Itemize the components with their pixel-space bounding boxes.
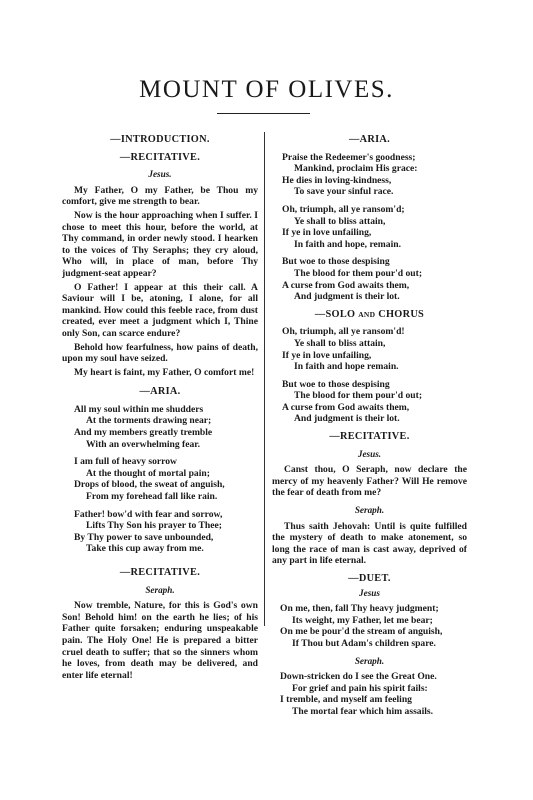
verse-line: Father! bow'd with fear and sorrow, bbox=[74, 509, 258, 521]
verse-line: But woe to those despising bbox=[282, 256, 467, 268]
page-title: MOUNT OF OLIVES. bbox=[0, 76, 533, 104]
left-column: —INTRODUCTION. —RECITATIVE. Jesus. My Fa… bbox=[62, 134, 258, 683]
speaker-label: Jesus. bbox=[272, 449, 467, 461]
verse-line: The mortal fear which him assails. bbox=[280, 706, 467, 718]
verse-line: If ye in love unfailing, bbox=[282, 350, 467, 362]
recitative-paragraph: Canst thou, O Seraph, now declare the me… bbox=[272, 464, 467, 499]
verse-line: By Thy power to save unbounded, bbox=[74, 532, 258, 544]
verse-line: And judgment is their lot. bbox=[282, 291, 467, 303]
verse-line: On me be pour'd the stream of anguish, bbox=[280, 626, 467, 638]
verse-line: At the thought of mortal pain; bbox=[74, 468, 258, 480]
verse-line: In faith and hope remain. bbox=[282, 361, 467, 373]
verse-line: Oh, triumph, all ye ransom'd! bbox=[282, 326, 467, 338]
recitative-paragraph: Thus saith Jehovah: Until is quite fulfi… bbox=[272, 521, 467, 567]
verse-stanza: I am full of heavy sorrow At the thought… bbox=[62, 456, 258, 502]
verse-stanza: Praise the Redeemer's goodness; Mankind,… bbox=[272, 152, 467, 198]
verse-stanza: Father! bow'd with fear and sorrow, Lift… bbox=[62, 509, 258, 555]
verse-line: And judgment is their lot. bbox=[282, 413, 467, 425]
verse-stanza: Down-stricken do I see the Great One. Fo… bbox=[272, 671, 467, 717]
verse-line: From my forehead fall like rain. bbox=[74, 491, 258, 503]
section-heading-aria: —ARIA. bbox=[272, 134, 467, 146]
title-rule bbox=[217, 113, 310, 114]
verse-line: He dies in loving-kindness, bbox=[282, 175, 467, 187]
section-heading-duet: —DUET. bbox=[272, 573, 467, 585]
verse-line: In faith and hope, remain. bbox=[282, 239, 467, 251]
verse-line: All my soul within me shudders bbox=[74, 404, 258, 416]
verse-line: Take this cup away from me. bbox=[74, 543, 258, 555]
speaker-label: Jesus. bbox=[62, 169, 258, 181]
verse-line: A curse from God awaits them, bbox=[282, 280, 467, 292]
recitative-paragraph: Now tremble, Nature, for this is God's o… bbox=[62, 600, 258, 681]
section-heading-solo-chorus: —SOLO AND CHORUS bbox=[272, 309, 467, 321]
verse-line: Mankind, proclaim His grace: bbox=[282, 163, 467, 175]
recitative-paragraph: Now is the hour approaching when I suffe… bbox=[62, 210, 258, 280]
verse-line: To save your sinful race. bbox=[282, 186, 467, 198]
heading-part: CHORUS bbox=[378, 309, 424, 320]
verse-stanza: On me, then, fall Thy heavy judgment; It… bbox=[272, 603, 467, 649]
verse-line: The blood for them pour'd out; bbox=[282, 268, 467, 280]
section-heading-recitative: —RECITATIVE. bbox=[272, 431, 467, 443]
verse-line: Ye shall to bliss attain, bbox=[282, 338, 467, 350]
heading-part: —SOLO bbox=[315, 309, 355, 320]
verse-stanza: All my soul within me shudders At the to… bbox=[62, 404, 258, 450]
section-heading-recitative: —RECITATIVE. bbox=[62, 152, 258, 164]
heading-part: AND bbox=[358, 310, 375, 319]
verse-line: A curse from God awaits them, bbox=[282, 402, 467, 414]
recitative-paragraph: My Father, O my Father, be Thou my comfo… bbox=[62, 185, 258, 208]
verse-line: For grief and pain his spirit fails: bbox=[280, 683, 467, 695]
speaker-label: Jesus bbox=[272, 588, 467, 600]
verse-line: Lifts Thy Son his prayer to Thee; bbox=[74, 520, 258, 532]
verse-line: Its weight, my Father, let me bear; bbox=[280, 615, 467, 627]
verse-line: On me, then, fall Thy heavy judgment; bbox=[280, 603, 467, 615]
recitative-paragraph: Behold how fearfulness, how pains of dea… bbox=[62, 342, 258, 365]
speaker-label: Seraph. bbox=[62, 585, 258, 597]
verse-line: If Thou but Adam's children spare. bbox=[280, 638, 467, 650]
verse-line: With an overwhelming fear. bbox=[74, 439, 258, 451]
verse-line: At the torments drawing near; bbox=[74, 415, 258, 427]
verse-line: The blood for them pour'd out; bbox=[282, 390, 467, 402]
verse-stanza: But woe to those despising The blood for… bbox=[272, 256, 467, 302]
section-heading-recitative: —RECITATIVE. bbox=[62, 567, 258, 579]
verse-line: Ye shall to bliss attain, bbox=[282, 216, 467, 228]
verse-line: Oh, triumph, all ye ransom'd; bbox=[282, 204, 467, 216]
right-column: —ARIA. Praise the Redeemer's goodness; M… bbox=[272, 134, 467, 724]
column-divider bbox=[264, 132, 265, 626]
verse-line: Praise the Redeemer's goodness; bbox=[282, 152, 467, 164]
verse-line: Down-stricken do I see the Great One. bbox=[280, 671, 467, 683]
speaker-label: Seraph. bbox=[272, 505, 467, 517]
verse-stanza: But woe to those despising The blood for… bbox=[272, 379, 467, 425]
recitative-paragraph: My heart is faint, my Father, O comfort … bbox=[62, 367, 258, 379]
speaker-label: Seraph. bbox=[272, 656, 467, 668]
verse-line: I am full of heavy sorrow bbox=[74, 456, 258, 468]
verse-stanza: Oh, triumph, all ye ransom'd; Ye shall t… bbox=[272, 204, 467, 250]
section-heading-aria: —ARIA. bbox=[62, 386, 258, 398]
verse-line: But woe to those despising bbox=[282, 379, 467, 391]
verse-line: If ye in love unfailing, bbox=[282, 227, 467, 239]
verse-line: Drops of blood, the sweat of anguish, bbox=[74, 479, 258, 491]
verse-line: I tremble, and myself am feeling bbox=[280, 694, 467, 706]
recitative-paragraph: O Father! I appear at this their call. A… bbox=[62, 282, 258, 340]
section-heading-introduction: —INTRODUCTION. bbox=[62, 134, 258, 146]
verse-line: And my members greatly tremble bbox=[74, 427, 258, 439]
verse-stanza: Oh, triumph, all ye ransom'd! Ye shall t… bbox=[272, 326, 467, 372]
